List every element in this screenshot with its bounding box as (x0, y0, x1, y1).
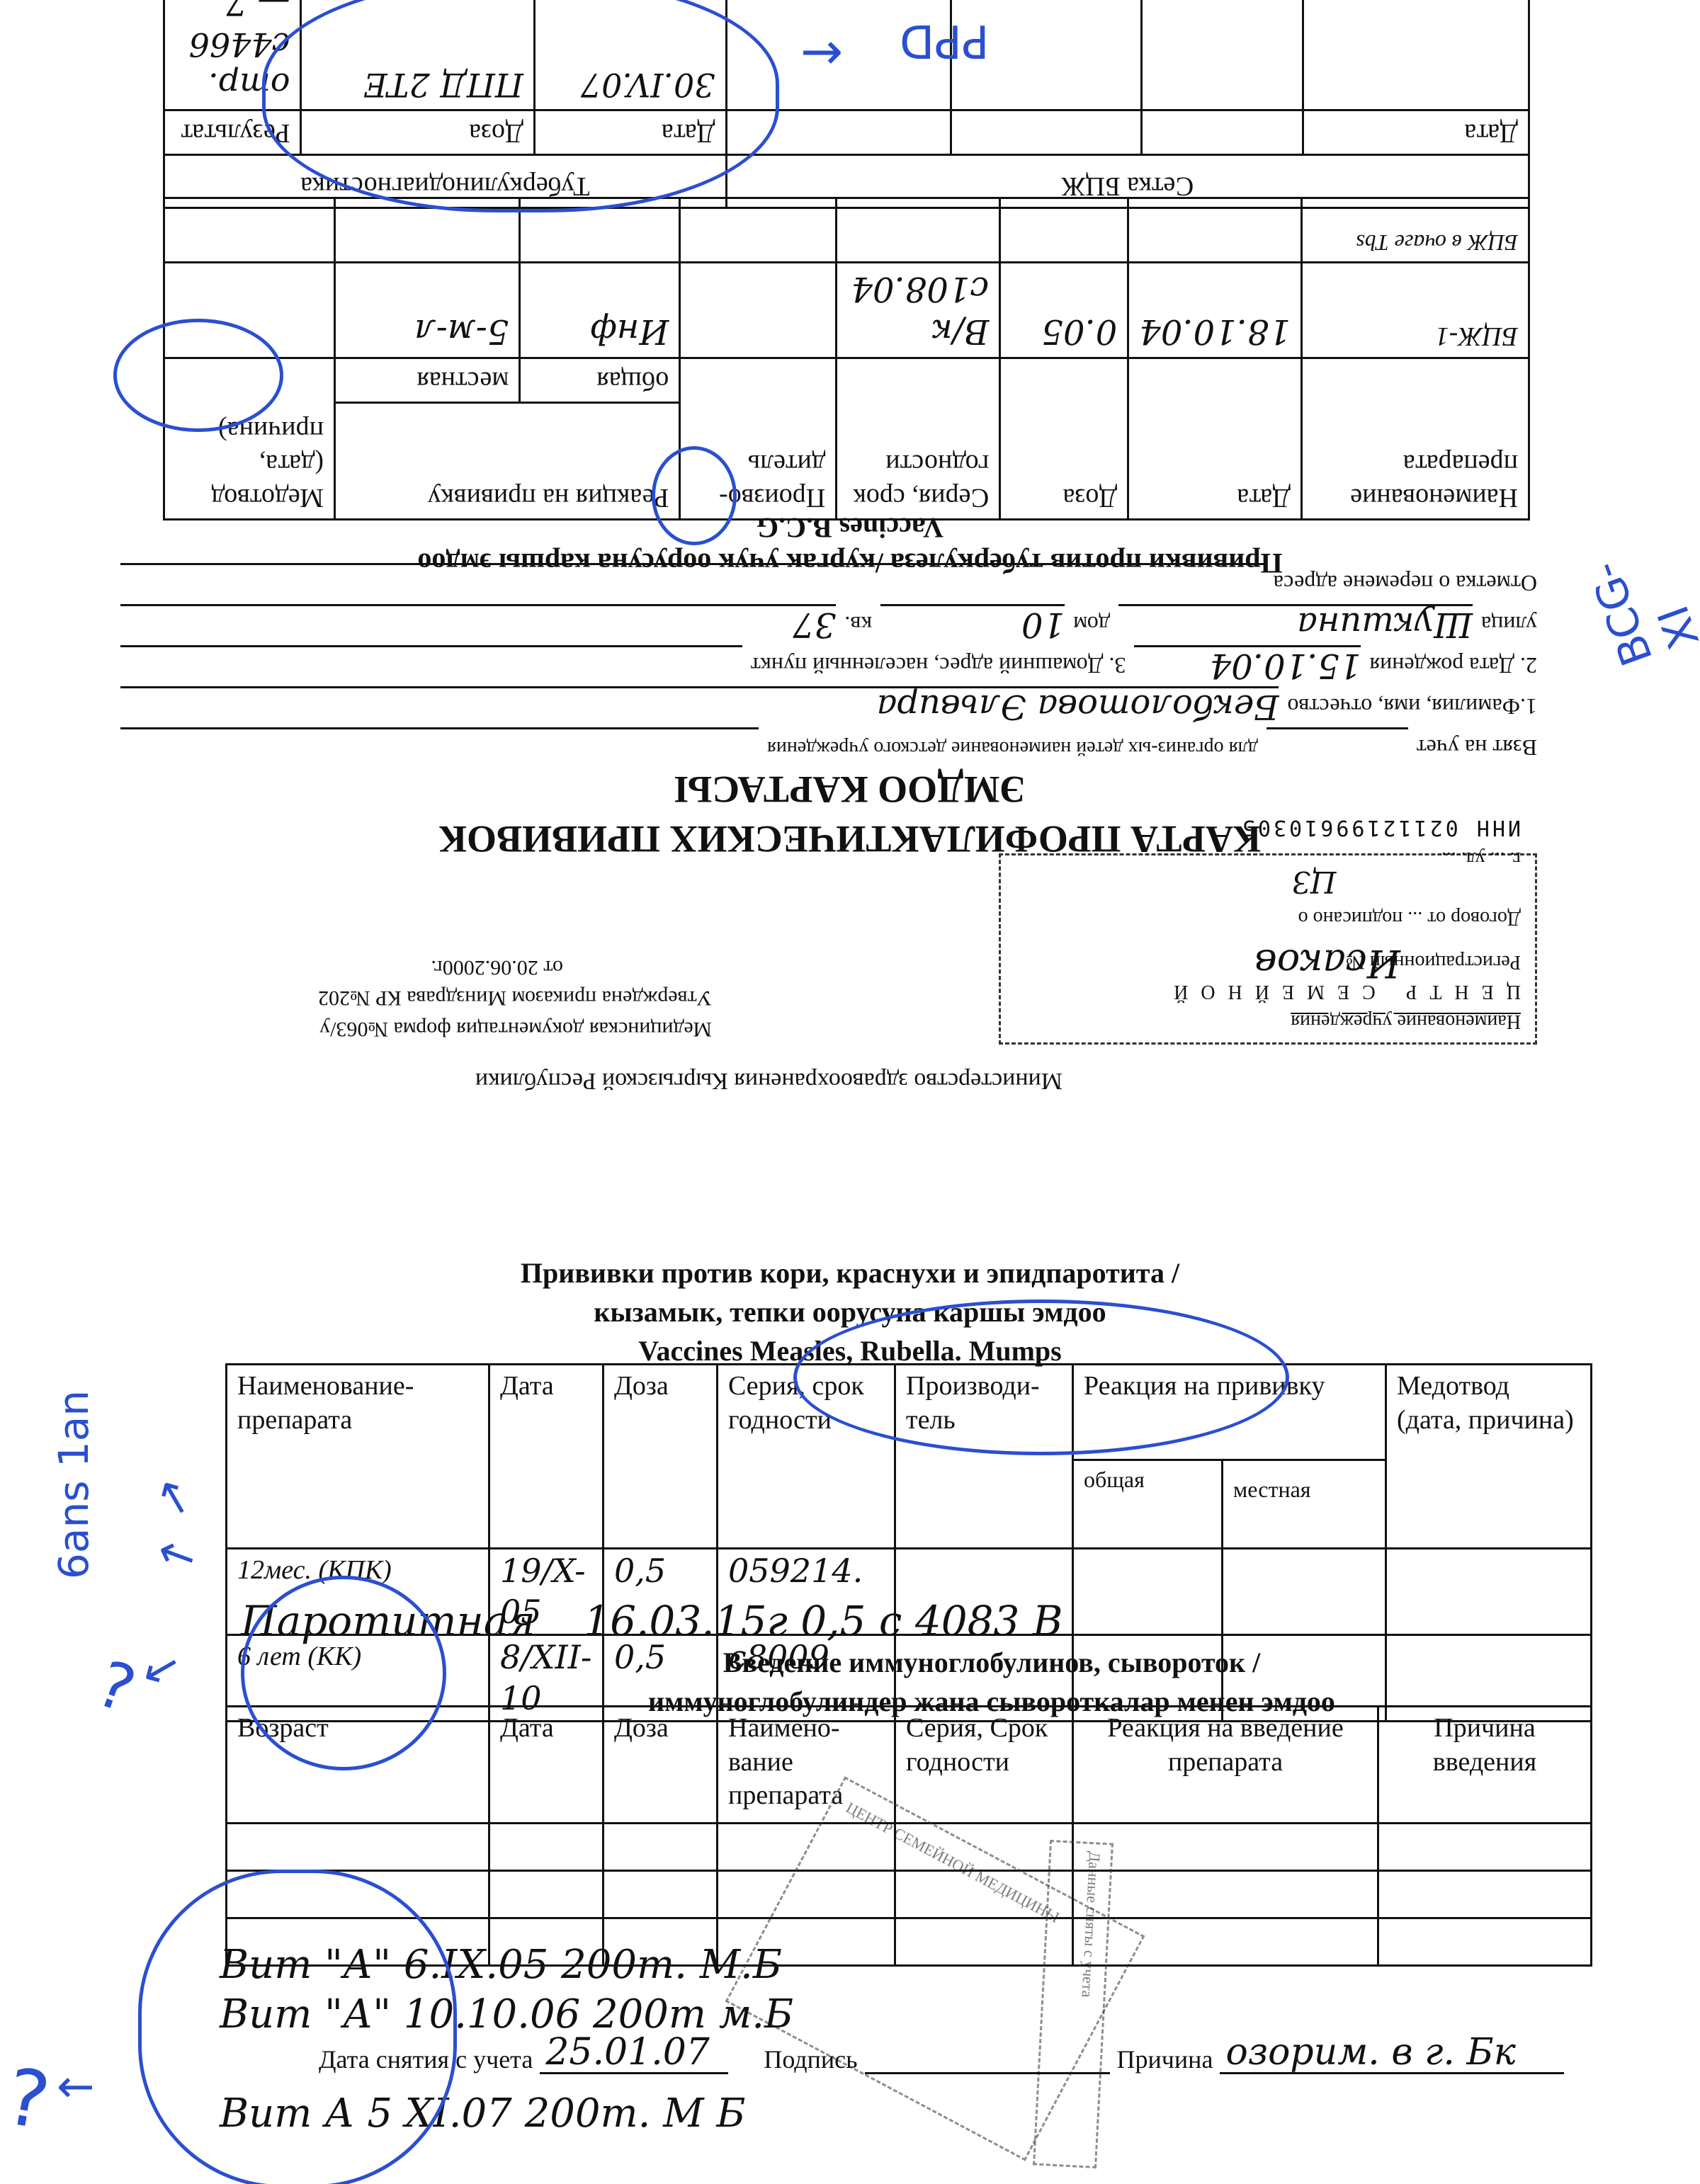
address-label: 3. Домашний адрес, населенный пункт (751, 645, 1126, 686)
form-info: Медицинская документация форма №063/у Ут… (74, 952, 712, 1045)
deregister-date-field[interactable]: 25.01.07 (540, 2032, 728, 2074)
apt-field[interactable]: 37 (120, 604, 836, 643)
ig-col-series: Серия, Срок годности (895, 1707, 1073, 1824)
street-line: улица Шукшина дом 10 кв. 37 (120, 604, 1537, 645)
ig-heading-ru: Введение иммуноглобулинов, сывороток / (283, 1643, 1700, 1682)
patient-fields: Взят на учет для организ-ых детей наимен… (120, 563, 1537, 768)
bcg-col-dose: Доза (1000, 358, 1128, 520)
arrow-left-icon: ← (57, 2061, 95, 2113)
cell-local[interactable] (1223, 1549, 1386, 1635)
cell-date[interactable]: 18.10.04 (1128, 263, 1302, 358)
tuberculin-circle-annotation (262, 0, 779, 212)
cell-local[interactable]: 5-м-л (335, 263, 520, 358)
dob-line: 2. Дата рождения 15.10.04 3. Домашний ад… (120, 645, 1537, 686)
house-label: дом (1073, 604, 1110, 645)
registered-label: Взят на учет (1417, 727, 1537, 768)
ppd-arrow-icon: → (800, 21, 843, 81)
mmr-col-medotvod: Медотвод (дата, причина) (1386, 1365, 1592, 1549)
table-row: БЦЖ-1 18.10.04 0.05 В/к с108.04 Инф 5-м-… (164, 263, 1529, 358)
registered-line: Взят на учет для организ-ых детей наимен… (120, 727, 1537, 768)
ig-col-date: Дата (489, 1707, 603, 1824)
bcg-col-reaction: Реакция на прививку (335, 403, 680, 520)
tb-col-blank (951, 110, 1141, 155)
street-field[interactable]: Шукшина (1118, 604, 1473, 643)
vitamin-circle-annotation (138, 1870, 457, 2184)
dob-field[interactable]: 15.10.04 (1134, 645, 1361, 684)
mumps-entry-value: 16.03.15г 0,5 с 4083 В (584, 1597, 1062, 1645)
ppd-annotation: PPD (900, 14, 989, 67)
fio-line: 1.Фамилия, имя, отчество Бекболотова Эль… (120, 686, 1537, 727)
bcg-header-row: Наименование препарата Дата Доза Серия, … (164, 403, 1529, 520)
ig-col-reason: Причина введения (1378, 1707, 1592, 1824)
apt-label: кв. (844, 604, 872, 645)
stamp-signature: Исаков (1254, 941, 1400, 986)
fio-field[interactable]: Бекболотова Эльвира (120, 686, 1279, 725)
mmr-col-local: местная (1223, 1460, 1386, 1549)
mumps-circle-annotation (241, 1576, 446, 1770)
tb-col-date-left: Дата (1303, 110, 1529, 155)
registered-field[interactable] (1266, 727, 1408, 729)
cell-name: БЦЖ-1 (1302, 263, 1529, 358)
house-field[interactable]: 10 (880, 604, 1065, 643)
bcg1-circle-annotation (113, 319, 283, 432)
bcg-col-date: Дата (1128, 358, 1302, 520)
ministry-header: Министерство здравоохранения Кыргызской … (475, 1067, 1062, 1094)
address-field[interactable] (120, 645, 742, 647)
arrow-up-icon: ↑ (147, 1529, 210, 1583)
bcg-col-name: Наименование препарата (1302, 358, 1529, 520)
signature-field[interactable] (865, 2072, 1110, 2074)
cell-medotvod[interactable] (1386, 1549, 1592, 1635)
cell-general[interactable]: Инф (520, 263, 680, 358)
bcg-table: Наименование препарата Дата Доза Серия, … (163, 198, 1530, 521)
bcg-col-local: местная (335, 358, 520, 403)
deregistration-line: Дата снятия с учета 25.01.07 Подпись При… (319, 2032, 1594, 2074)
stamp-institution-label: Наименование учреждения (1015, 1003, 1521, 1033)
form-info-line1: Медицинская документация форма №063/у (74, 1014, 712, 1045)
mmr-col-general: общая (1073, 1460, 1223, 1549)
registered-note: для организ-ых детей наименование детско… (767, 727, 1258, 768)
ages-annotation: 6ans 1an (50, 1390, 98, 1579)
reason-label: Причина (1117, 2044, 1213, 2074)
top-page-upside-down: Министерство здравоохранения Кыргызской … (0, 0, 1700, 1161)
bcg-heading-ru: Прививки против туберкулеза /кургак учук… (0, 545, 1700, 581)
ig-col-reaction: Реакция на введение препарата (1073, 1707, 1378, 1824)
fio-label: 1.Фамилия, имя, отчество (1288, 686, 1538, 727)
cell-maker[interactable] (680, 263, 837, 358)
mmr-col-name: Наименование-препарата (227, 1365, 489, 1549)
arrow-up-icon: ↑ (145, 1467, 204, 1532)
dob-label: 2. Дата рождения (1369, 645, 1537, 686)
mmr-heading-ru: Прививки против кори, краснухи и эпидпар… (0, 1253, 1700, 1292)
street-label: улица (1481, 604, 1537, 645)
stamp-line2: Договор от ... подписано о (1015, 899, 1521, 929)
stamp-number: ЦЗ (1015, 870, 1521, 899)
card-title-ky: ЭМДОО КАРТАСЫ (0, 765, 1700, 814)
form-info-line2: Утверждена приказом Минздрава КР №202 (74, 983, 712, 1014)
registration-stamp: Наименование учреждения ЦЕНТР СЕМЕЙНОЙ Р… (999, 853, 1537, 1045)
mmr-col-date: Дата (489, 1365, 603, 1549)
institution-field[interactable] (120, 727, 759, 729)
mmr-heading-ky: кызамык, тепки оорусуна каршы эмдоо (0, 1292, 1700, 1331)
cell-series[interactable]: В/к с108.04 (837, 263, 1000, 358)
bcg-col-general: общая (520, 358, 680, 403)
tb-col-blank (1141, 110, 1303, 155)
question-annotation: ? (0, 2051, 56, 2147)
bcg-heading: Прививки против туберкулеза /кургак учук… (0, 510, 1700, 581)
card-title-ru: КАРТА ПРОФИЛАКТИЧЕСКИХ ПРИВИВОК (0, 814, 1700, 864)
reason-field[interactable]: озорим. в г. Бк (1220, 2032, 1564, 2074)
tb-bcg-grid-header: Сетка БЦЖ (726, 155, 1529, 208)
producer-circle-annotation (652, 446, 737, 545)
ig-col-dose: Доза (603, 1707, 718, 1824)
bcg-col-series: Серия, срок годности (837, 358, 1000, 520)
cell-general[interactable] (1073, 1549, 1223, 1635)
mmr-col-dose: Доза (603, 1365, 718, 1549)
cell-dose[interactable]: 0.05 (1000, 263, 1128, 358)
form-info-line3: от 20.06.2000г. (74, 952, 712, 984)
mmr-heading-circle-annotation (793, 1299, 1289, 1455)
signature-label: Подпись (764, 2044, 857, 2074)
card-title: КАРТА ПРОФИЛАКТИЧЕСКИХ ПРИВИВОК ЭМДОО КА… (0, 765, 1700, 864)
